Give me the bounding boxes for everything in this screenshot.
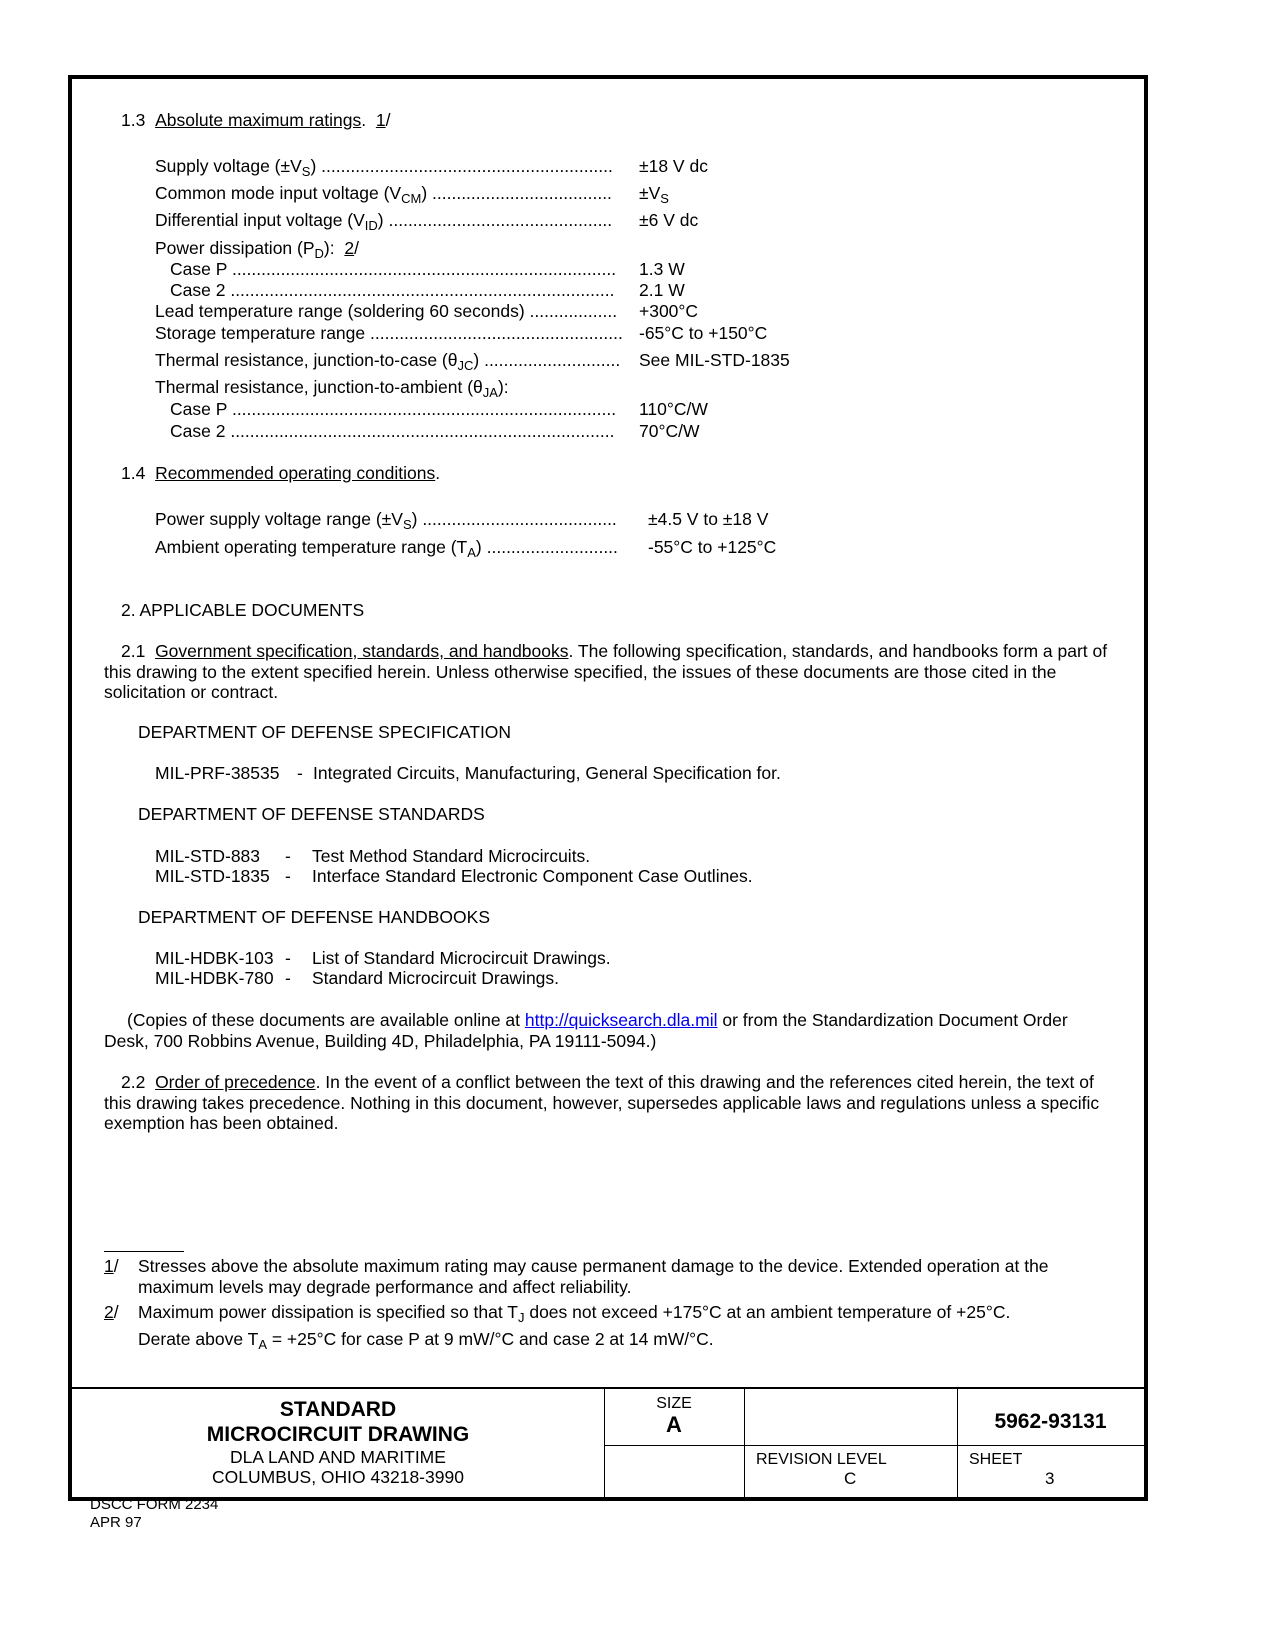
section-2-2-paragraph: 2.2 Order of precedence. In the event of… <box>104 1072 1114 1134</box>
spec-value: 70°C/W <box>639 421 699 441</box>
subscript: ID <box>365 218 378 233</box>
spec-label: Supply voltage (±VS) ...................… <box>155 156 613 176</box>
section-2-heading: 2. APPLICABLE DOCUMENTS <box>121 600 364 620</box>
org-line-2: COLUMBUS, OHIO 43218-3990 <box>72 1467 604 1487</box>
title-cell: STANDARD MICROCIRCUIT DRAWING DLA LAND A… <box>72 1397 604 1487</box>
leader-dots: ........................................… <box>370 323 623 343</box>
spec-value: -65°C to +150°C <box>639 323 767 343</box>
size-cell: SIZE A <box>604 1395 744 1437</box>
divider <box>604 1445 1144 1446</box>
spec-label: Power dissipation (PD): 2/ <box>155 238 359 258</box>
sheet-label: SHEET <box>969 1451 1144 1469</box>
leader-dots: .................. <box>530 301 618 321</box>
spec-label: Thermal resistance, junction-to-ambient … <box>155 377 509 397</box>
footnote-number: 2 <box>104 1302 114 1322</box>
subscript: S <box>660 191 669 206</box>
doc-separator: - <box>285 866 291 886</box>
sheet-value: 3 <box>969 1469 1144 1488</box>
footnote-2-line-2: Derate above TA = +25°C for case P at 9 … <box>138 1329 714 1349</box>
spec-label: Case 2 .................................… <box>170 421 614 441</box>
quicksearch-link[interactable]: http://quicksearch.dla.mil <box>525 1010 718 1030</box>
spec-label: Case P .................................… <box>170 399 616 419</box>
section-number: 2.2 <box>121 1072 145 1092</box>
section-1-3-heading: 1.3 Absolute maximum ratings. 1/ <box>121 110 390 130</box>
spec-value: See MIL-STD-1835 <box>639 350 790 370</box>
spec-label: Differential input voltage (VID) .......… <box>155 210 612 230</box>
doc-group-heading: DEPARTMENT OF DEFENSE SPECIFICATION <box>138 722 511 742</box>
spec-value: +300°C <box>639 301 698 321</box>
doc-description: Test Method Standard Microcircuits. <box>312 846 590 866</box>
revision-value: C <box>756 1469 956 1488</box>
leader-dots: ........................................… <box>232 399 616 419</box>
title-suffix: . <box>435 463 440 483</box>
sheet-cell: SHEET 3 <box>969 1451 1144 1488</box>
spec-value: ±VS <box>639 183 669 203</box>
subscript: S <box>403 517 412 532</box>
doc-group-heading: DEPARTMENT OF DEFENSE HANDBOOKS <box>138 907 490 927</box>
doc-id: MIL-STD-1835 <box>155 866 270 886</box>
spec-value: ±18 V dc <box>639 156 708 176</box>
footnote-number: 1 <box>104 1256 114 1276</box>
section-title: Absolute maximum ratings <box>155 110 361 130</box>
doc-separator: - <box>297 763 303 783</box>
doc-separator: - <box>285 948 291 968</box>
fn2-line1-pre: Maximum power dissipation is specified s… <box>138 1302 518 1322</box>
copies-paragraph: (Copies of these documents are available… <box>104 1010 1114 1051</box>
size-value: A <box>604 1413 744 1437</box>
fn2-line2-pre: Derate above T <box>138 1329 258 1349</box>
doc-description: Integrated Circuits, Manufacturing, Gene… <box>313 763 781 783</box>
subscript: A <box>467 545 476 560</box>
section-title: Order of precedence <box>155 1072 316 1092</box>
section-1-4-heading: 1.4 Recommended operating conditions. <box>121 463 440 483</box>
leader-dots: ........................................… <box>230 280 614 300</box>
section-number: 1.4 <box>121 463 145 483</box>
title-line-1: STANDARD <box>72 1397 604 1422</box>
spec-label: Storage temperature range ..............… <box>155 323 623 343</box>
doc-description: Standard Microcircuit Drawings. <box>312 968 559 988</box>
title-block: STANDARD MICROCIRCUIT DRAWING DLA LAND A… <box>72 1387 1144 1497</box>
divider <box>957 1389 958 1497</box>
leader-dots: ........................... <box>487 537 618 557</box>
leader-dots: ........................................ <box>422 509 616 529</box>
spec-label: Common mode input voltage (VCM) ........… <box>155 183 612 203</box>
fn2-line2-post: = +25°C for case P at 9 mW/°C and case 2… <box>267 1329 714 1349</box>
doc-id: MIL-HDBK-780 <box>155 968 274 988</box>
footnote-ref-number: 1 <box>376 110 386 130</box>
form-date: APR 97 <box>90 1514 142 1531</box>
doc-description: Interface Standard Electronic Component … <box>312 866 753 886</box>
spec-value: ±6 V dc <box>639 210 698 230</box>
doc-id: MIL-STD-883 <box>155 846 260 866</box>
leader-dots: ........................................… <box>321 156 613 176</box>
doc-group-heading: DEPARTMENT OF DEFENSE STANDARDS <box>138 804 485 824</box>
size-label: SIZE <box>604 1395 744 1413</box>
title-line-2: MICROCIRCUIT DRAWING <box>72 1422 604 1447</box>
subscript: S <box>302 164 311 179</box>
doc-separator: - <box>285 846 291 866</box>
title-suffix: . <box>361 110 366 130</box>
spec-label: Thermal resistance, junction-to-case (θJ… <box>155 350 620 370</box>
leader-dots: ........................................… <box>230 421 614 441</box>
doc-id: MIL-HDBK-103 <box>155 948 274 968</box>
footnote-2-marker: 2/ <box>104 1302 119 1322</box>
subscript: CM <box>401 191 421 206</box>
spec-label: Power supply voltage range (±VS) .......… <box>155 509 617 529</box>
spec-label: Case P .................................… <box>170 259 616 279</box>
drawing-number: 5962-93131 <box>957 1409 1144 1434</box>
spec-value: 110°C/W <box>639 399 708 419</box>
form-number: DSCC FORM 2234 <box>90 1496 218 1513</box>
doc-separator: - <box>285 968 291 988</box>
spec-label: Case 2 .................................… <box>170 280 614 300</box>
org-line-1: DLA LAND AND MARITIME <box>72 1447 604 1467</box>
spec-value: 2.1 W <box>639 280 685 300</box>
spec-value: -55°C to +125°C <box>648 537 776 557</box>
leader-dots: ..................................... <box>432 183 612 203</box>
footnote-ref: 2 <box>344 238 354 258</box>
spec-value: 1.3 W <box>639 259 685 279</box>
footnote-1-marker: 1/ <box>104 1256 119 1276</box>
subscript: JA <box>483 385 498 400</box>
leader-dots: ........................................… <box>389 210 613 230</box>
copies-text-pre: (Copies of these documents are available… <box>127 1010 525 1030</box>
doc-description: List of Standard Microcircuit Drawings. <box>312 948 611 968</box>
fn2-line1-post: does not exceed +175°C at an ambient tem… <box>524 1302 1010 1322</box>
revision-cell: REVISION LEVEL C <box>756 1451 956 1488</box>
section-number: 2.1 <box>121 641 145 661</box>
leader-dots: ............................ <box>484 350 620 370</box>
spec-value: ±4.5 V to ±18 V <box>648 509 768 529</box>
spec-label: Ambient operating temperature range (TA)… <box>155 537 618 557</box>
section-2-1-paragraph: 2.1 Government specification, standards,… <box>104 641 1114 703</box>
footnote-separator <box>104 1251 184 1252</box>
footnote-ref-1: 1/ <box>376 110 391 130</box>
revision-label: REVISION LEVEL <box>756 1451 956 1469</box>
section-number: 1.3 <box>121 110 145 130</box>
doc-id: MIL-PRF-38535 <box>155 763 280 783</box>
footnote-1-text: Stresses above the absolute maximum rati… <box>138 1256 1098 1297</box>
spec-label: Lead temperature range (soldering 60 sec… <box>155 301 617 321</box>
fn2-line2-sub: A <box>258 1337 267 1352</box>
section-title: Recommended operating conditions <box>155 463 435 483</box>
footnote-2-line-1: Maximum power dissipation is specified s… <box>138 1302 1010 1322</box>
leader-dots: ........................................… <box>232 259 616 279</box>
subscript: JC <box>457 358 473 373</box>
divider <box>744 1389 745 1497</box>
section-title: Government specification, standards, and… <box>155 641 568 661</box>
